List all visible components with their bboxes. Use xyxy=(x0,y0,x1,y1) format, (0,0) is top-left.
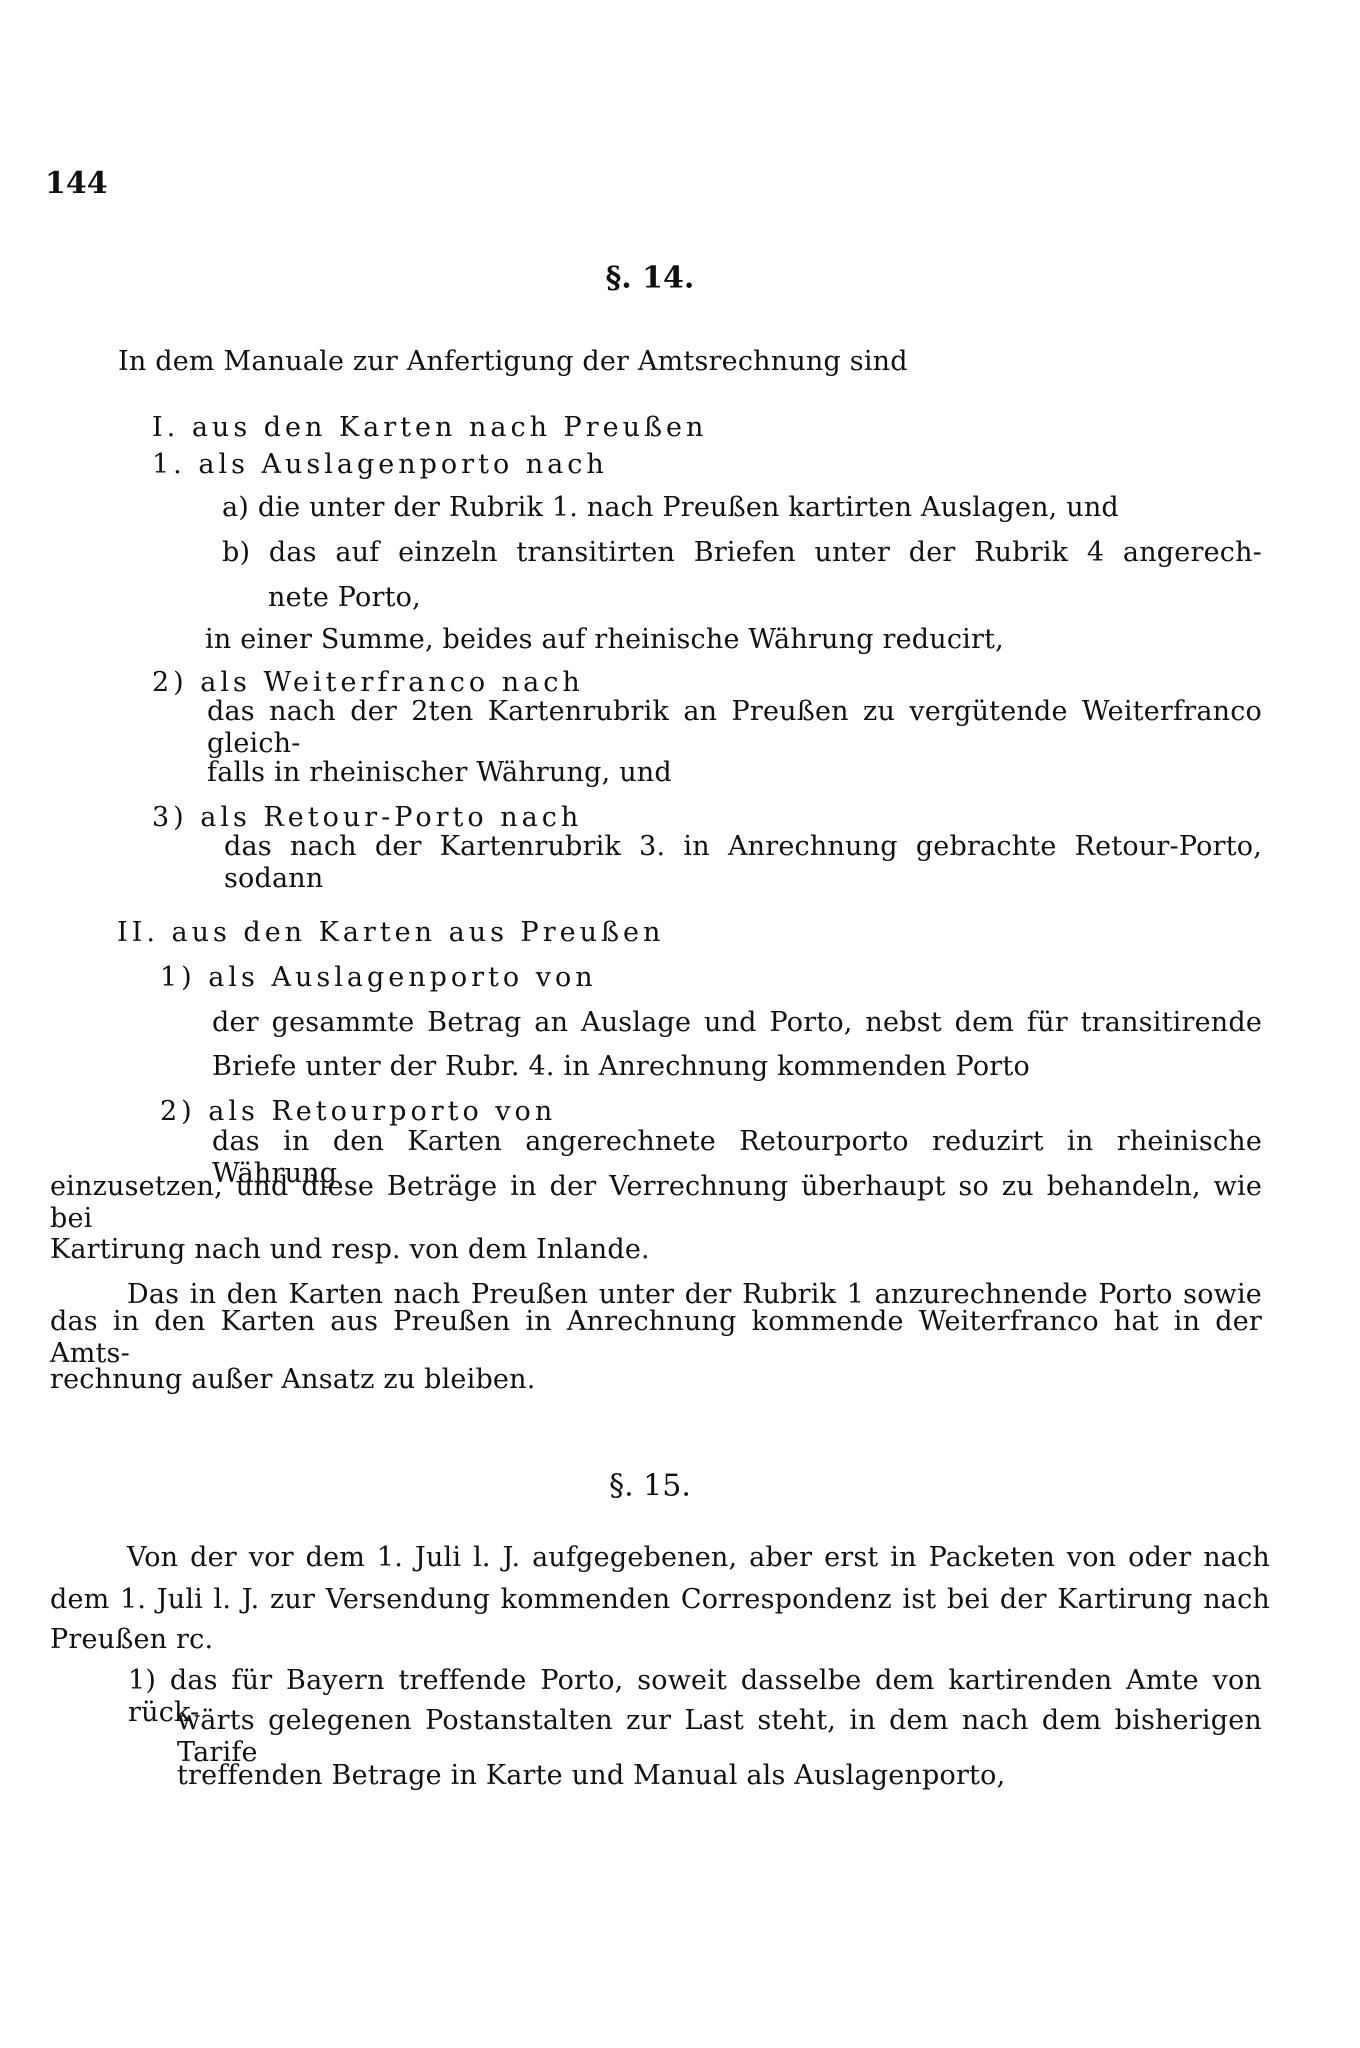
paragraph-start: Von der vor dem 1. Juli l. J. aufgegeben… xyxy=(127,1542,1270,1574)
intro-line: In dem Manuale zur Anfertigung der Amtsr… xyxy=(118,346,908,378)
item-1-cont: treffenden Betrage in Karte und Manual a… xyxy=(177,1760,1005,1792)
item-b-cont: nete Porto, xyxy=(268,582,421,614)
item-II-1-heading: 1) als Auslagenporto von xyxy=(160,962,597,994)
body-line: rechnung außer Ansatz zu bleiben. xyxy=(50,1364,535,1396)
item-2-text: das nach der 2ten Kartenrubrik an Preuße… xyxy=(207,696,1262,760)
item-II-2-heading: 2) als Retourporto von xyxy=(160,1096,556,1128)
section-heading-15: §. 15. xyxy=(0,1469,1300,1504)
body-line: einzusetzen, und diese Beträge in der Ve… xyxy=(50,1171,1262,1235)
page-number: 144 xyxy=(45,166,108,201)
body-line: Preußen rc. xyxy=(50,1624,213,1656)
item-a: a) die unter der Rubrik 1. nach Preußen … xyxy=(222,492,1119,524)
item-1-summary: in einer Summe, beides auf rheinische Wä… xyxy=(205,624,1004,656)
item-3-text: das nach der Kartenrubrik 3. in Anrechnu… xyxy=(224,831,1262,895)
item-1-heading: 1. als Auslagenporto nach xyxy=(152,449,608,481)
body-line: dem 1. Juli l. J. zur Versendung kommend… xyxy=(50,1584,1270,1616)
body-line: Kartirung nach und resp. von dem Inlande… xyxy=(50,1234,650,1266)
item-2-heading: 2) als Weiterfranco nach xyxy=(152,667,584,699)
item-II-1-text-cont: Briefe unter der Rubr. 4. in Anrechnung … xyxy=(212,1051,1030,1083)
item-II-heading: II. aus den Karten aus Preußen xyxy=(117,917,664,949)
body-line: das in den Karten aus Preußen in Anrechn… xyxy=(50,1306,1262,1370)
item-I-heading: I. aus den Karten nach Preußen xyxy=(152,412,707,444)
item-b: b) das auf einzeln transitirten Briefen … xyxy=(222,537,1262,569)
section-heading-14: §. 14. xyxy=(0,261,1300,296)
item-II-1-text: der gesammte Betrag an Auslage und Porto… xyxy=(212,1007,1262,1039)
item-3-heading: 3) als Retour-Porto nach xyxy=(152,802,582,834)
item-2-text-cont: falls in rheinischer Währung, und xyxy=(207,757,672,789)
